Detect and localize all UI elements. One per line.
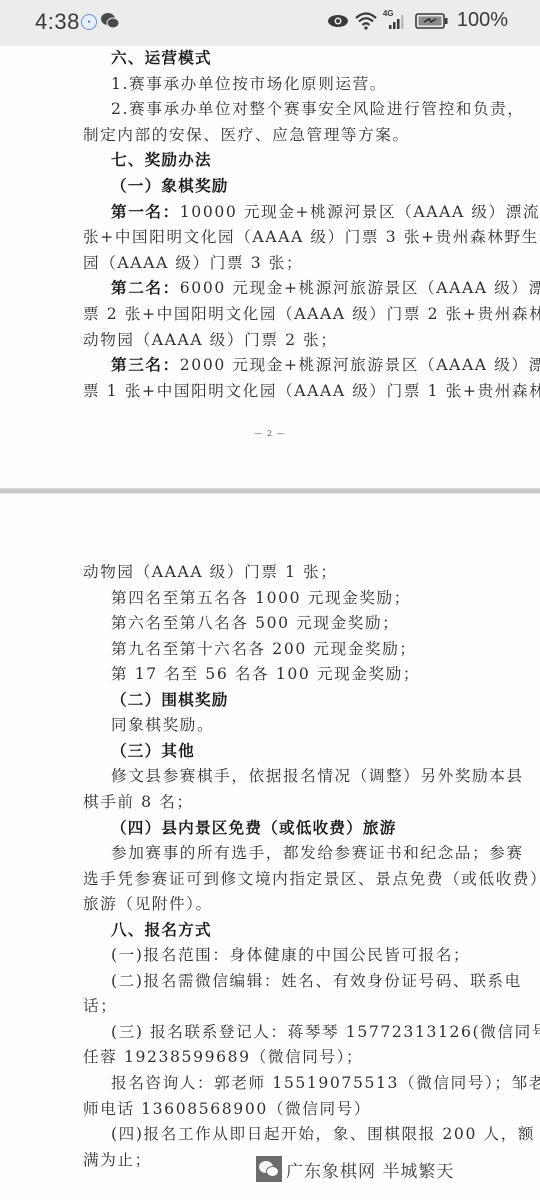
paragraph-line: 票 1 张+中国阳明文化园（AAAA 级）门票 1 张+贵州森林野生	[0, 380, 540, 402]
line-text: （一）象棋奖励	[111, 177, 229, 195]
line-text: 张+中国阳明文化园（AAAA 级）门票 3 张+贵州森林野生动物	[83, 228, 540, 246]
line-text: （三）其他	[111, 742, 195, 760]
paragraph-line: 话；	[0, 995, 540, 1017]
line-text: 制定内部的安保、医疗、应急管理等方案。	[83, 126, 410, 144]
wifi-icon	[355, 12, 377, 30]
battery-percentage: 100%	[457, 9, 508, 32]
line-text: 动物园（AAAA 级）门票 1 张；	[83, 563, 338, 581]
document-page-1: 六、运营模式1.赛事承办单位按市场化原则运营。2.赛事承办单位对整个赛事安全风险…	[0, 46, 540, 488]
line-text: (二)报名需微信编辑：姓名、有效身份证号码、联系电	[111, 972, 522, 990]
line-text: 六、运营模式	[111, 49, 212, 67]
page-number: — 2 —	[0, 429, 540, 438]
line-text: 2000 元现金+桃源河旅游景区（AAAA 级）漂流	[180, 356, 540, 374]
paragraph-line: 票 2 张+中国阳明文化园（AAAA 级）门票 2 张+贵州森林野生	[0, 303, 540, 325]
paragraph-line: 报名咨询人：郭老师 15519075513（微信同号）；邹老	[0, 1072, 540, 1094]
line-text: 棋手前 8 名；	[83, 793, 194, 811]
paragraph-line: 第九名至第十六名各 200 元现金奖励；	[0, 638, 540, 660]
battery-charging-icon	[415, 12, 449, 30]
line-text: 任蓉 19238599689（微信同号）；	[83, 1048, 363, 1066]
line-text: 第九名至第十六名各 200 元现金奖励；	[111, 640, 417, 658]
line-text: 动物园（AAAA 级）门票 2 张；	[83, 331, 338, 349]
status-bar: 4:38 ● 4G 100%	[0, 0, 540, 46]
line-text: 票 1 张+中国阳明文化园（AAAA 级）门票 1 张+贵州森林野生	[83, 382, 540, 400]
line-text: 1.赛事承办单位按市场化原则运营。	[111, 75, 387, 93]
line-text: (三) 报名联系登记人：蒋琴琴 15772313126(微信同号)、	[111, 1023, 540, 1041]
paragraph-line: 制定内部的安保、医疗、应急管理等方案。	[0, 124, 540, 146]
line-text: （四）县内景区免费（或低收费）旅游	[111, 819, 397, 837]
section-heading: 六、运营模式	[0, 47, 540, 69]
paragraph-line: 第三名：2000 元现金+桃源河旅游景区（AAAA 级）漂流	[0, 354, 540, 376]
paragraph-line: 第六名至第八名各 500 元现金奖励；	[0, 612, 540, 634]
paragraph-line: 棋手前 8 名；	[0, 791, 540, 813]
rank-label: 第一名：	[111, 203, 180, 221]
paragraph-line: 任蓉 19238599689（微信同号）；	[0, 1046, 540, 1068]
wechat-icon	[100, 12, 120, 30]
paragraph-line: 师电话 13608568900（微信同号）	[0, 1098, 540, 1120]
line-text: 修文县参赛棋手，依据报名情况（调整）另外奖励本县	[111, 767, 524, 785]
wechat-logo-icon	[256, 1156, 282, 1182]
paragraph-line: 第一名：10000 元现金+桃源河景区（AAAA 级）漂流票 3	[0, 201, 540, 223]
paragraph-line: 2.赛事承办单位对整个赛事安全风险进行管控和负责，	[0, 98, 540, 120]
paragraph-line: 选手凭参赛证可到修文境内指定景区、景点免费（或低收费）	[0, 868, 540, 890]
line-text: 话；	[83, 997, 117, 1015]
watermark-text: 广东象棋网 半城繁天	[286, 1157, 454, 1182]
paragraph-line: 同象棋奖励。	[0, 714, 540, 736]
paragraph-line: 动物园（AAAA 级）门票 1 张；	[0, 561, 540, 583]
line-text: （二）围棋奖励	[111, 691, 229, 709]
status-time: 4:38	[35, 9, 80, 35]
app-badge-icon: ●	[81, 14, 97, 30]
section-heading: （三）其他	[0, 740, 540, 762]
paragraph-line: 园（AAAA 级）门票 3 张；	[0, 252, 540, 274]
line-text: 报名咨询人：郭老师 15519075513（微信同号）；邹老	[111, 1074, 540, 1092]
eye-icon	[327, 14, 349, 28]
section-heading: 七、奖励办法	[0, 149, 540, 171]
line-text: 第四名至第五名各 1000 元现金奖励；	[111, 589, 411, 607]
system-status-icons: 4G 100%	[327, 9, 508, 32]
line-text: (一)报名范围：身体健康的中国公民皆可报名；	[111, 946, 470, 964]
section-heading: （二）围棋奖励	[0, 689, 540, 711]
paragraph-line: 动物园（AAAA 级）门票 2 张；	[0, 329, 540, 351]
paragraph-line: 第四名至第五名各 1000 元现金奖励；	[0, 587, 540, 609]
line-text: 满为止；	[83, 1151, 152, 1169]
line-text: (四)报名工作从即日起开始，象、围棋限报 200 人，额	[111, 1125, 535, 1143]
line-text: 第 17 名至 56 名各 100 元现金奖励；	[111, 665, 420, 683]
section-heading: （一）象棋奖励	[0, 175, 540, 197]
line-text: 选手凭参赛证可到修文境内指定景区、景点免费（或低收费）	[83, 870, 540, 888]
paragraph-line: 第 17 名至 56 名各 100 元现金奖励；	[0, 663, 540, 685]
paragraph-line: (四)报名工作从即日起开始，象、围棋限报 200 人，额	[0, 1123, 540, 1145]
line-text: 6000 元现金+桃源河旅游景区（AAAA 级）漂流	[180, 279, 540, 297]
line-text: 参加赛事的所有选手，都发给参赛证书和纪念品；参赛	[111, 844, 524, 862]
paragraph-line: (一)报名范围：身体健康的中国公民皆可报名；	[0, 944, 540, 966]
line-text: 第六名至第八名各 500 元现金奖励；	[111, 614, 399, 632]
paragraph-line: 修文县参赛棋手，依据报名情况（调整）另外奖励本县	[0, 765, 540, 787]
line-text: 师电话 13608568900（微信同号）	[83, 1100, 371, 1118]
section-heading: （四）县内景区免费（或低收费）旅游	[0, 817, 540, 839]
paragraph-line: (二)报名需微信编辑：姓名、有效身份证号码、联系电	[0, 970, 540, 992]
paragraph-line: 1.赛事承办单位按市场化原则运营。	[0, 73, 540, 95]
line-text: 同象棋奖励。	[111, 716, 214, 734]
paragraph-line: 第二名：6000 元现金+桃源河旅游景区（AAAA 级）漂流	[0, 277, 540, 299]
section-heading: 八、报名方式	[0, 919, 540, 941]
line-text: 七、奖励办法	[111, 151, 212, 169]
line-text: 旅游（见附件）。	[83, 895, 213, 913]
document-page-2: 动物园（AAAA 级）门票 1 张；第四名至第五名各 1000 元现金奖励；第六…	[0, 494, 540, 1200]
rank-label: 第二名：	[111, 279, 180, 297]
line-text: 票 2 张+中国阳明文化园（AAAA 级）门票 2 张+贵州森林野生	[83, 305, 540, 323]
line-text: 10000 元现金+桃源河景区（AAAA 级）漂流票 3	[180, 203, 540, 221]
4g-signal-icon: 4G	[383, 11, 409, 31]
line-text: 八、报名方式	[111, 921, 212, 939]
line-text: 2.赛事承办单位对整个赛事安全风险进行管控和负责，	[111, 100, 525, 118]
source-watermark: 广东象棋网 半城繁天	[256, 1156, 454, 1182]
paragraph-line: 参加赛事的所有选手，都发给参赛证书和纪念品；参赛	[0, 842, 540, 864]
paragraph-line: 旅游（见附件）。	[0, 893, 540, 915]
paragraph-line: 张+中国阳明文化园（AAAA 级）门票 3 张+贵州森林野生动物	[0, 226, 540, 248]
paragraph-line: (三) 报名联系登记人：蒋琴琴 15772313126(微信同号)、	[0, 1021, 540, 1043]
rank-label: 第三名：	[111, 356, 180, 374]
line-text: 园（AAAA 级）门票 3 张；	[83, 254, 303, 272]
